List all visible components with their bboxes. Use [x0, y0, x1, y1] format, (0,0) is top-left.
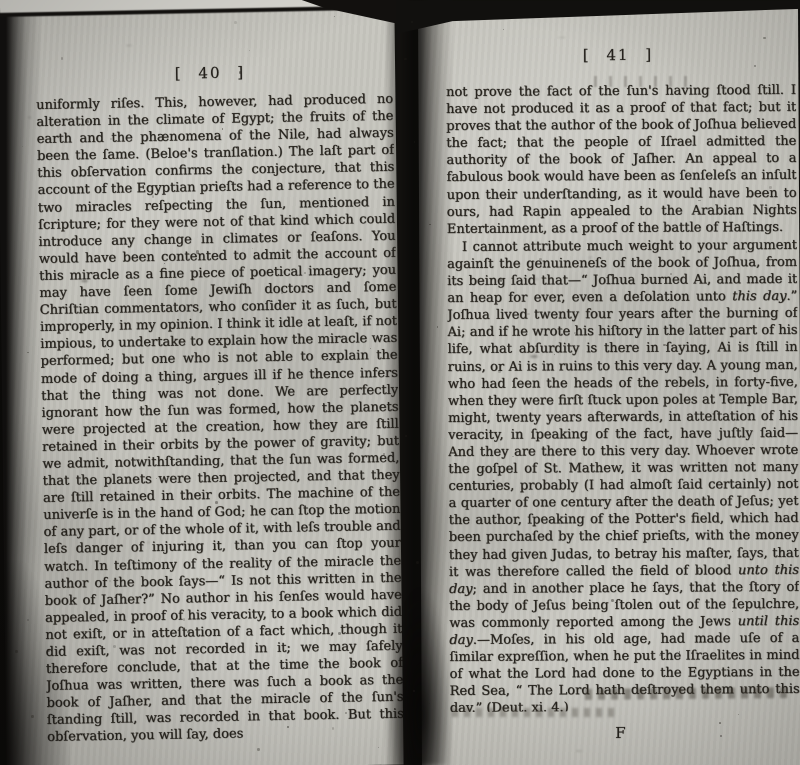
- left-page-number: [ 40 ]: [150, 63, 270, 83]
- gutter-bottom-shadow: [388, 540, 462, 765]
- ink-smudge: [585, 687, 790, 700]
- bottom-left-corner-shadow: [0, 560, 70, 765]
- ink-smudge: [452, 708, 617, 717]
- left-page-text: uniformly riſes. This, however, had prod…: [36, 91, 405, 762]
- book-scan: [ 40 ] uniformly riſes. This, however, h…: [0, 0, 800, 765]
- right-page-text: not prove the fact of the ſun's having ſ…: [446, 82, 800, 712]
- right-page-number: [ 41 ]: [558, 46, 678, 65]
- signature-mark: F: [446, 724, 796, 742]
